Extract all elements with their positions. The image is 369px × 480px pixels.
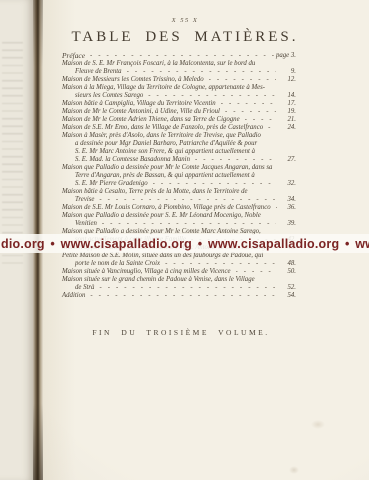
entry-line: Maison bâtie à Cesalto, Terre près de la… [62,188,296,196]
entry-line: a dessinée pour Mgr Daniel Barbaro, Patr… [62,140,296,148]
page-number: 12. [288,76,297,84]
page-number: 54. [288,292,297,300]
page-number: 27. [288,156,297,164]
page-number: 48. [288,260,297,268]
toc-entry: Maison bâtie à Cesalto, Terre près de la… [62,188,296,204]
toc-entry: Maison de S.E. Mr Louis Cornaro, à Piomb… [62,204,296,212]
entry-text: Maison bâtie à Campiglia, Village du Ter… [62,100,216,108]
entry-text: S. E. Mad. la Comtesse Basadonna Manin [75,156,190,164]
entry-line: Maison de S.E. Mr Louis Cornaro, à Piomb… [62,204,296,212]
toc-entry: Petite Maison de S.E. Molin, située dans… [62,252,296,268]
dash-leader: ---------------------------------------- [209,76,276,84]
entry-line: Maison à la Miega, Village du Territoire… [62,84,296,92]
entry-line: porte le nom de la Sainte Croix---------… [62,260,296,268]
dash-leader: ---------------------------------------- [99,196,276,204]
entry-line: Maison située sur le grand chemin de Pad… [62,276,296,284]
entry-text: Maison de Mr le Comte Adrien Thiene, dan… [62,116,240,124]
entry-line: Maison que Palladio a dessinée pour Mr l… [62,164,296,172]
page-number: 19. [288,108,297,116]
entry-text: Maison de S.E. Mr Emo, dans le Village d… [62,124,263,132]
paper-stain [311,420,325,429]
entry-text: Maison de Mr le Comte Antonini, à Udine,… [62,108,220,116]
entry-line: Maison de Mr le Comte Adrien Thiene, dan… [62,116,296,124]
page-number: 39. [288,220,297,228]
entry-line: Maison de S.E. Mr Emo, dans le Village d… [62,124,296,132]
entry-text: porte le nom de la Sainte Croix [75,260,160,268]
toc-entry: Maison de Mr le Comte Adrien Thiene, dan… [62,116,296,124]
dash-leader: ---------------------------------------- [221,100,276,108]
entry-text: Trevise [75,196,94,204]
toc-entry: Maison bâtie à Campiglia, Village du Ter… [62,100,296,108]
page-number: 14. [288,92,297,100]
dash-leader: ---------------------------------------- [245,116,276,124]
toc-entry: Maison que Palladio a dessinée pour Mr l… [62,164,296,188]
toc-entry: Maison de S.E. Mr Emo, dans le Village d… [62,124,296,132]
dash-leader: ---------------------------------------- [102,220,276,228]
entry-line: Fleuve de Brenta------------------------… [62,68,296,76]
toc-entry: Maison à Masèr, près d'Asolo, dans le Te… [62,132,296,164]
page-number: 50. [288,268,297,276]
entry-line: Maison de Mr le Comte Antonini, à Udine,… [62,108,296,116]
toc-entry: Maison à la Miega, Village du Territoire… [62,84,296,100]
entry-text: S. E. Mr Pierre Gradenigo [75,180,148,188]
entry-text: Fleuve de Brenta [75,68,122,76]
entry-line: Maison de Messieurs les Comtes Trissino,… [62,76,296,84]
entry-text: de Strà [75,284,94,292]
dash-leader: ---------------------------------------- [153,180,276,188]
entry-text: Maison de S.E. Mr Louis Cornaro, à Piomb… [62,204,271,212]
paper-stain [289,466,299,474]
toc-entry: Préface---------------------------------… [62,52,296,60]
toc-entry: Addition--------------------------------… [62,292,296,300]
page-number: 52. [288,284,297,292]
watermark-band: dio.org • www.cisapalladio.org • www.cis… [0,234,369,253]
dash-leader: ---------------------------------------- [148,92,276,100]
entry-line: Addition--------------------------------… [62,292,296,300]
page-number: 9. [291,68,296,76]
page-number: page 3. [276,52,296,60]
entry-line: S. E. Mr Pierre Gradenigo---------------… [62,180,296,188]
entry-line: Préface---------------------------------… [62,52,296,60]
dash-leader: ---------------------------------------- [90,292,276,300]
toc-entry: Maison que Palladio a dessinée pour S. E… [62,212,296,228]
entry-text: sieurs les Comtes Sarego [75,92,143,100]
entry-text: Préface [62,52,85,60]
dash-leader: ---------------------------------------- [195,156,276,164]
page-number: 36. [288,204,297,212]
scanned-book-photo: X 55 X TABLE DES MATIÈRES. Préface------… [0,0,369,480]
toc-list: Préface---------------------------------… [62,52,296,300]
entry-text: Maison située à Vancimuglio, Village à c… [62,268,231,276]
entry-line: S. E. Mad. la Comtesse Basadonna Manin--… [62,156,296,164]
watermark-text: dio.org • www.cisapalladio.org • www.cis… [0,237,369,251]
toc-entry: Maison de Messieurs les Comtes Trissino,… [62,76,296,84]
dash-leader: ---------------------------------------- [127,68,276,76]
entry-text: Venitien [75,220,97,228]
entry-line: S. E. Mr Marc Antoine son Frere, & qui a… [62,148,296,156]
toc-entry: Maison de S. E. Mr François Foscari, à l… [62,60,296,76]
entry-line: Trevise---------------------------------… [62,196,296,204]
dash-leader: ---------------------------------------- [165,260,276,268]
entry-text: Maison de Messieurs les Comtes Trissino,… [62,76,204,84]
entry-text: Addition [62,292,85,300]
entry-line: Maison que Palladio a dessinée pour S. E… [62,212,296,220]
dash-leader: ---------------------------------------- [225,108,276,116]
entry-line: Maison située à Vancimuglio, Village à c… [62,268,296,276]
fin-notice: FIN DU TROISIÈME VOLUME. [43,328,319,337]
dash-leader: ---------------------------------------- [236,268,277,276]
page-number: 21. [288,116,297,124]
entry-line: Venitien--------------------------------… [62,220,296,228]
toc-entry: Maison située sur le grand chemin de Pad… [62,276,296,292]
toc-entry: Maison de Mr le Comte Antonini, à Udine,… [62,108,296,116]
dash-leader: ---------------------------------------- [268,124,276,132]
entry-line: Maison bâtie à Campiglia, Village du Ter… [62,100,296,108]
folio-mark: X 55 X [43,17,327,24]
dash-leader: ---------------------------------------- [99,284,276,292]
entry-line: Maison à Masèr, près d'Asolo, dans le Te… [62,132,296,140]
entry-line: Petite Maison de S.E. Molin, située dans… [62,252,296,260]
page-number: 17. [288,100,297,108]
entry-line: sieurs les Comtes Sarego----------------… [62,92,296,100]
page-number: 24. [288,124,297,132]
page-number: 32. [288,180,297,188]
entry-line: de Strà---------------------------------… [62,284,296,292]
entry-line: Maison de S. E. Mr François Foscari, à l… [62,60,296,68]
toc-entry: Maison située à Vancimuglio, Village à c… [62,268,296,276]
dash-leader: ---------------------------------------- [90,52,276,60]
entry-line: Terre d'Angaran, près de Bassan, & qui a… [62,172,296,180]
page-title: TABLE DES MATIÈRES. [43,29,327,46]
page-number: 34. [288,196,297,204]
